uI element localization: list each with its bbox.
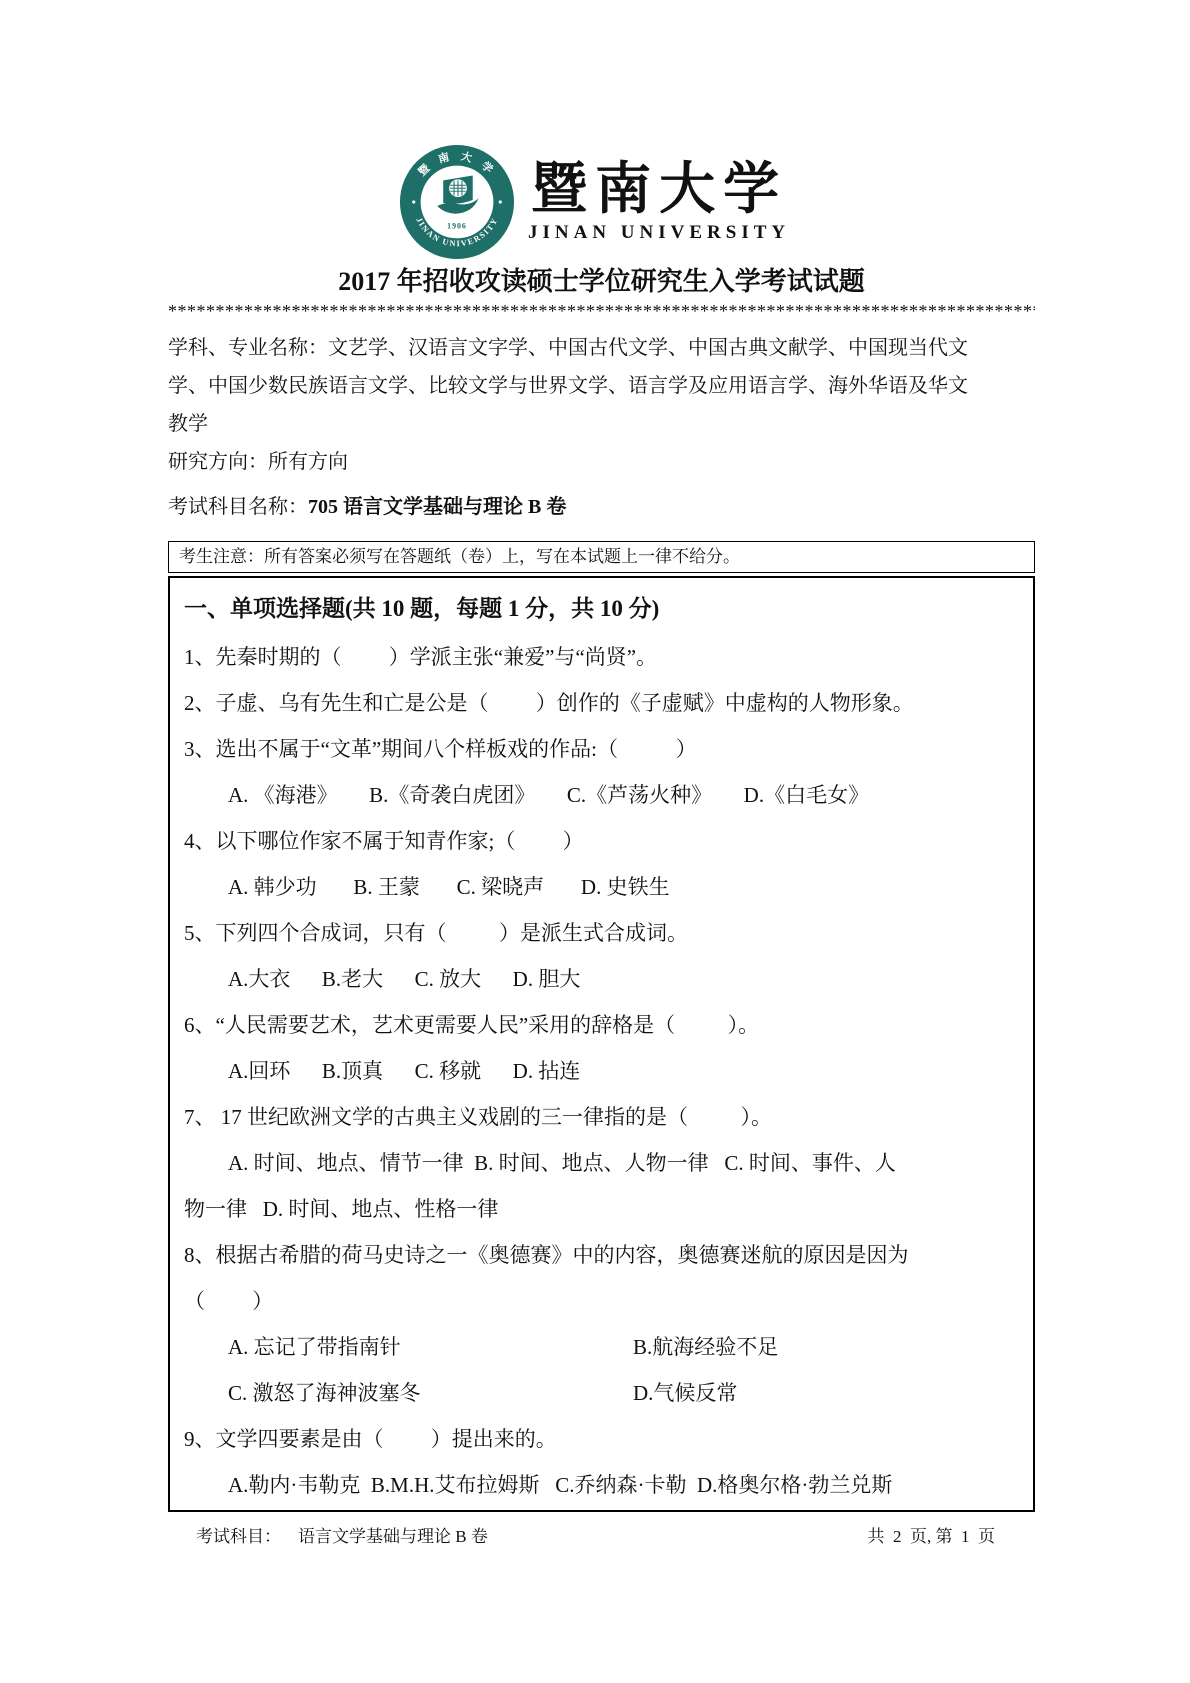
question-8: 8、根据古希腊的荷马史诗之一《奥德赛》中的内容，奥德赛迷航的原因是因为 （ ） bbox=[184, 1232, 1019, 1324]
question-9-options: A.勒内·韦勒克 B.M.H.艾布拉姆斯 C.乔纳森·卡勒 D.格奥尔格·勃兰兑… bbox=[184, 1462, 1019, 1508]
footer-course-label: 考试科目： bbox=[196, 1527, 298, 1546]
question-8-option-c: C. 激怒了海神波塞冬 bbox=[184, 1370, 633, 1416]
question-1: 1、先秦时期的（ ）学派主张“兼爱”与“尚贤”。 bbox=[184, 634, 1019, 680]
question-9: 9、文学四要素是由（ ）提出来的。 bbox=[184, 1416, 1019, 1462]
university-name-en: JINAN UNIVERSITY bbox=[528, 222, 790, 244]
question-8-option-b: B.航海经验不足 bbox=[633, 1324, 778, 1370]
question-box: 一、单项选择题(共 10 题，每题 1 分，共 10 分) 1、先秦时期的（ ）… bbox=[168, 576, 1035, 1512]
footer-course-name: 语言文学基础与理论 B 卷 bbox=[298, 1527, 488, 1546]
research-direction-line: 研究方向：所有方向 bbox=[168, 443, 1035, 481]
question-6-options: A.回环 B.顶真 C. 移就 D. 拈连 bbox=[184, 1048, 1019, 1094]
question-4-options: A. 韩少功 B. 王蒙 C. 梁晓声 D. 史铁生 bbox=[184, 864, 1019, 910]
notice-box: 考生注意：所有答案必须写在答题纸（卷）上，写在本试题上一律不给分。 bbox=[168, 541, 1035, 573]
university-wordmark: 暨南大学 JINAN UNIVERSITY bbox=[528, 160, 790, 245]
exam-meta: 学科、专业名称：文艺学、汉语言文字学、中国古代文学、中国古典文献学、中国现当代文… bbox=[168, 329, 1035, 529]
question-6: 6、“人民需要艺术，艺术更需要人民”采用的辞格是（ ）。 bbox=[184, 1002, 1019, 1048]
question-7: 7、 17 世纪欧洲文学的古典主义戏剧的三一律指的是（ ）。 bbox=[184, 1094, 1019, 1140]
subjects-line: 学科、专业名称：文艺学、汉语言文字学、中国古代文学、中国古典文献学、中国现当代文… bbox=[168, 329, 1035, 443]
question-4: 4、以下哪位作家不属于知青作家;（ ） bbox=[184, 818, 1019, 864]
question-3-options: A. 《海港》 B.《奇袭白虎团》 C.《芦荡火种》 D.《白毛女》 bbox=[184, 772, 1019, 818]
course-line: 考试科目名称：705 语言文学基础与理论 B 卷 bbox=[168, 485, 1035, 529]
university-name-cn: 暨南大学 bbox=[528, 160, 790, 222]
question-2: 2、子虚、乌有先生和亡是公是（ ）创作的《子虚赋》中虚构的人物形象。 bbox=[184, 680, 1019, 726]
section-heading: 一、单项选择题(共 10 题，每题 1 分，共 10 分) bbox=[184, 584, 1019, 634]
question-8-options-row-1: A. 忘记了带指南针 B.航海经验不足 bbox=[184, 1324, 1019, 1370]
exam-paper-page: 暨 南 大 学 JINAN UNIVERSITY 1906 暨南大学 JINAN… bbox=[168, 0, 1035, 1550]
university-seal-icon: 暨 南 大 学 JINAN UNIVERSITY 1906 bbox=[398, 143, 516, 261]
seal-year-text: 1906 bbox=[447, 222, 467, 231]
university-header: 暨 南 大 学 JINAN UNIVERSITY 1906 暨南大学 JINAN… bbox=[168, 143, 1035, 321]
footer-page-number: 共 2 页, 第 1 页 bbox=[868, 1524, 996, 1550]
question-8-option-a: A. 忘记了带指南针 bbox=[184, 1324, 633, 1370]
course-label: 考试科目名称： bbox=[168, 496, 308, 518]
question-8-options-row-2: C. 激怒了海神波塞冬 D.气候反常 bbox=[184, 1370, 1019, 1416]
question-7-options: A. 时间、地点、情节一律 B. 时间、地点、人物一律 C. 时间、事件、人 物… bbox=[184, 1140, 1019, 1232]
footer-course: 考试科目： 语言文学基础与理论 B 卷 bbox=[196, 1524, 488, 1550]
question-5-options: A.大衣 B.老大 C. 放大 D. 胆大 bbox=[184, 956, 1019, 1002]
question-3: 3、选出不属于“文革”期间八个样板戏的作品:（ ） bbox=[184, 726, 1019, 772]
divider-line: ****************************************… bbox=[168, 301, 1035, 321]
page-footer: 考试科目： 语言文学基础与理论 B 卷 共 2 页, 第 1 页 bbox=[168, 1524, 1035, 1550]
university-logo: 暨 南 大 学 JINAN UNIVERSITY 1906 暨南大学 JINAN… bbox=[398, 143, 790, 261]
question-5: 5、下列四个合成词，只有（ ）是派生式合成词。 bbox=[184, 910, 1019, 956]
course-name: 705 语言文学基础与理论 B 卷 bbox=[308, 496, 566, 518]
question-8-option-d: D.气候反常 bbox=[633, 1370, 737, 1416]
page-title: 2017 年招收攻读硕士学位研究生入学考试试题 bbox=[168, 265, 1035, 299]
question-8-options: A. 忘记了带指南针 B.航海经验不足 C. 激怒了海神波塞冬 D.气候反常 bbox=[184, 1324, 1019, 1416]
